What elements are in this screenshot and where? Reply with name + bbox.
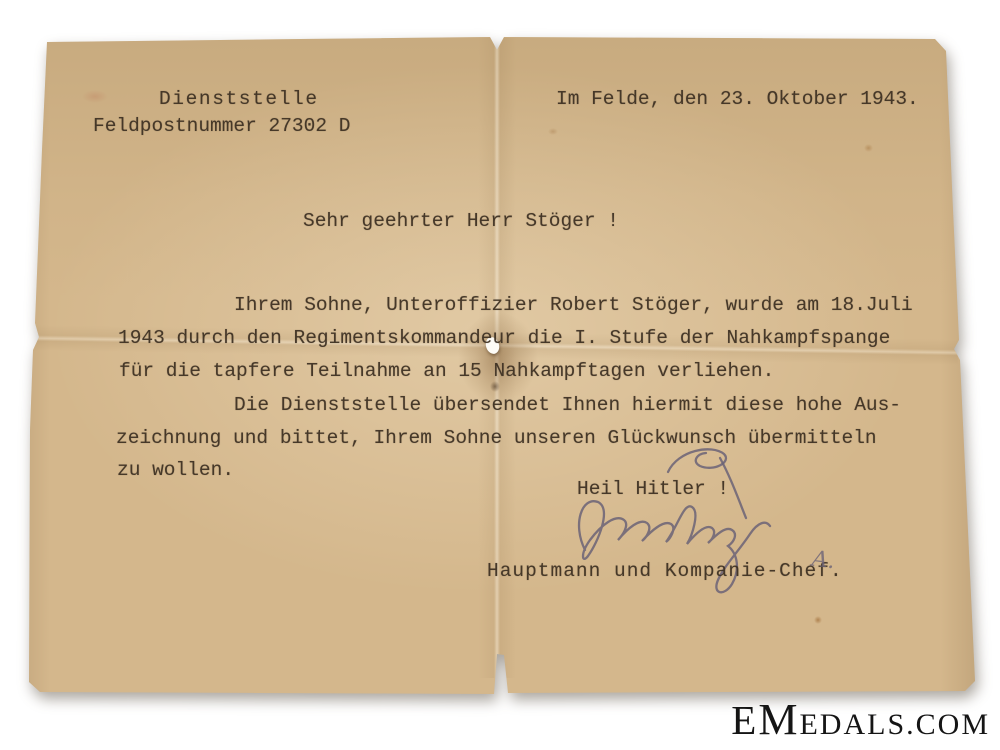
watermark-mid-text: EDALS xyxy=(799,708,906,741)
body-paragraph2-line3: zu wollen. xyxy=(117,459,234,481)
handwritten-signature xyxy=(548,436,788,611)
paper-stain xyxy=(82,90,108,103)
salutation-line: Sehr geehrter Herr Stöger ! xyxy=(303,210,619,232)
center-fold-dark-spot xyxy=(490,381,500,392)
paper-stain xyxy=(864,144,873,152)
letter-paper: Dienststelle Feldpostnummer 27302 D Im F… xyxy=(0,0,1000,750)
handwritten-initial: A. xyxy=(811,547,837,575)
fieldpost-number-line: Feldpostnummer 27302 D xyxy=(93,115,350,137)
watermark-letter-e: E xyxy=(731,697,758,743)
signer-title-line: Hauptmann und Kompanie-Chef. xyxy=(487,560,843,582)
photo-frame: Dienststelle Feldpostnummer 27302 D Im F… xyxy=(0,0,1000,750)
body-paragraph1-line2: 1943 durch den Regimentskommandeur die I… xyxy=(118,327,890,349)
paper-stain xyxy=(814,616,822,624)
sender-office-line: Dienststelle xyxy=(159,88,319,110)
body-paragraph1-line1: Ihrem Sohne, Unteroffizier Robert Stöger… xyxy=(234,294,913,316)
place-date-line: Im Felde, den 23. Oktober 1943. xyxy=(556,88,919,110)
body-paragraph2-line1: Die Dienststelle übersendet Ihnen hiermi… xyxy=(234,394,901,416)
watermark-emedals: EMEDALS.COM xyxy=(731,698,990,742)
watermark-letter-m: M xyxy=(758,695,799,744)
paper-stain xyxy=(548,128,558,135)
paper-shadow-wrap: Dienststelle Feldpostnummer 27302 D Im F… xyxy=(0,0,1000,750)
watermark-tail-text: .COM xyxy=(906,708,990,741)
body-paragraph1-line3: für die tapfere Teilnahme an 15 Nahkampf… xyxy=(119,360,774,382)
